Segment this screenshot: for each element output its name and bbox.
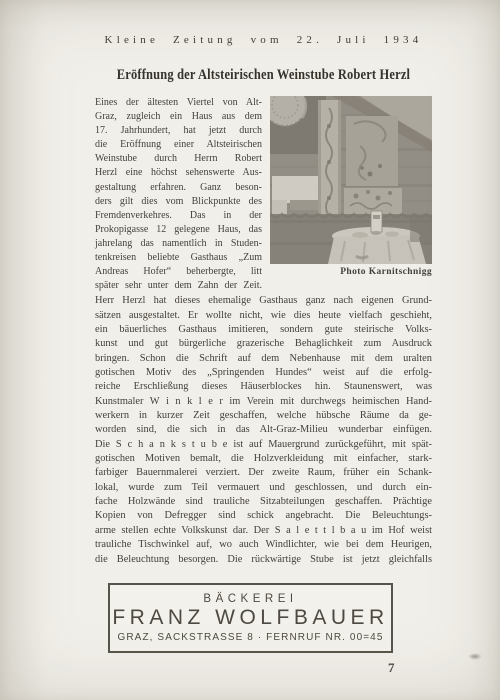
page-number: 7 [388, 660, 395, 676]
advert-box: BÄCKEREI FRANZ WOLFBAUER GRAZ, SACKSTRAS… [108, 583, 393, 653]
scan-smudge [468, 653, 482, 660]
advert-category: BÄCKEREI [203, 593, 297, 605]
text-line: Kunstmaler W i n k l e r im Verein mit d… [95, 395, 432, 409]
article-full-width-text: Herr Herzl hat dieses ehemalige Gasthaus… [95, 294, 432, 567]
text-line: gotischen Motiven bemalt, die Holzverkle… [95, 452, 432, 466]
text-line: jahrelang das namentlich in Studen- [95, 237, 262, 251]
text-line: worden sind, die sich in das Alt-Graz-Mi… [95, 423, 432, 437]
text-line: lokal, wurde zum Teil vermauert und gesc… [95, 481, 432, 495]
text-line: die Beleuchtung besorgen. Die rückwärtig… [95, 553, 432, 567]
article-body-container: Eines der ältesten Viertel von Alt-Graz,… [95, 96, 432, 567]
text-line: Graz, zugleich ein Haus aus dem [95, 110, 262, 124]
advert-address: GRAZ, SACKSTRASSE 8 · FERNRUF NR. 00=45 [117, 632, 383, 643]
text-line: Andreas Hofer“ beherbergte, litt [95, 265, 262, 279]
masthead: Kleine Zeitung vom 22. Juli 1934 [95, 34, 432, 46]
text-line: fache Holzwände sind trauliche Sitzabtei… [95, 495, 432, 509]
text-line: farbiger Bauernmalerei verziert. Der zwe… [95, 466, 432, 480]
article-photo-block: Photo Karnitschnigg [270, 96, 432, 293]
weinstube-interior-photo [270, 96, 432, 264]
text-line: Eines der ältesten Viertel von Alt- [95, 96, 262, 110]
text-line: Herzl eine höchst sehenswerte Aus- [95, 166, 262, 180]
text-line: werkern in kurzer Zeit geschaffen, welch… [95, 409, 432, 423]
text-line: Prokopigasse 12 gelegene Haus, das [95, 223, 262, 237]
text-line: 17. Jahrhundert, hat jetzt durch [95, 124, 262, 138]
text-line: trauliche Tischwinkel auf, wo auch Windl… [95, 538, 432, 552]
article-headline: Eröffnung der Altsteirischen Weinstube R… [101, 67, 425, 84]
article-columns: Eines der ältesten Viertel von Alt-Graz,… [95, 96, 432, 293]
text-line: kunst und gut bürgerliche grazerische Be… [95, 337, 432, 351]
text-line: tenkreisen beliebte Gasthaus „Zum [95, 251, 262, 265]
scanned-newspaper-page: { "masthead": { "text": "Kleine Zeitung … [0, 0, 500, 700]
text-line: bringen. Schon die Schrift auf dem Neben… [95, 352, 432, 366]
advert-name: FRANZ WOLFBAUER [112, 607, 388, 629]
text-line: ders gilt dies vom Blickpunkte des [95, 195, 262, 209]
text-line: Die S c h a n k s t u b e ist auf Mauerg… [95, 438, 432, 452]
text-line: gotischen Motiv des „Springenden Hundes“… [95, 366, 432, 380]
photo-caption: Photo Karnitschnigg [270, 267, 432, 277]
text-line: ein bäuerliches Gasthaus imitieren, sond… [95, 323, 432, 337]
text-line: arme stellen echte Volkskunst dar. Der S… [95, 524, 432, 538]
text-line: sätzen ausgestaltet. Er wollte nicht, wi… [95, 309, 432, 323]
text-line: Weinstube durch Herrn Robert [95, 152, 262, 166]
text-line: die Eröffnung einer Altsteirischen [95, 138, 262, 152]
text-line: gestaltung erfahren. Ganz beson- [95, 181, 262, 195]
article-left-column: Eines der ältesten Viertel von Alt-Graz,… [95, 96, 262, 293]
text-line: Fremdenverkehres. Das in der [95, 209, 262, 223]
text-line: Kopien von Defregger sind schick angebra… [95, 509, 432, 523]
text-line: später sehr unter dem Zahn der Zeit. [95, 279, 262, 293]
text-line: Herr Herzl hat dieses ehemalige Gasthaus… [95, 294, 432, 308]
text-line: reiche Erschließung dieses Häuserblockes… [95, 380, 432, 394]
